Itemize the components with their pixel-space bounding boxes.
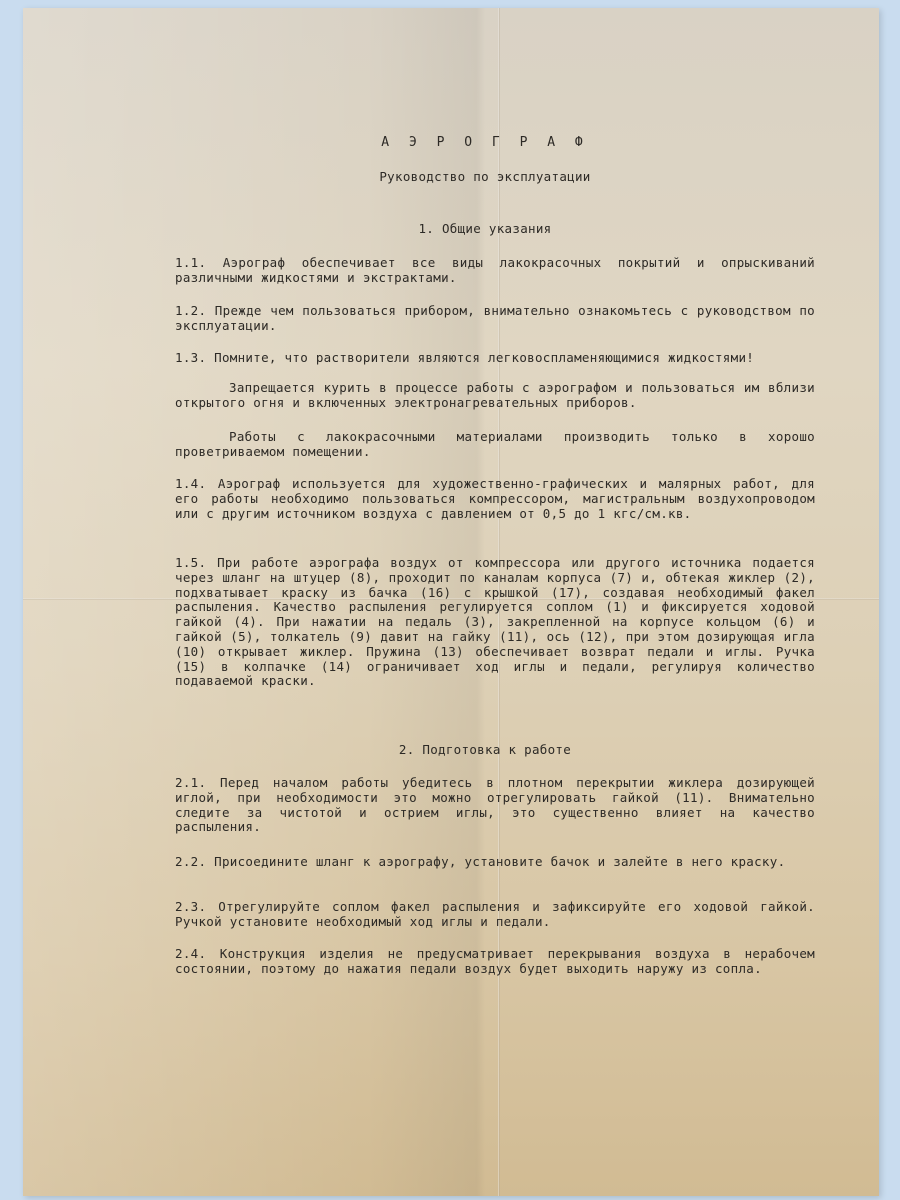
paragraph-1-3: 1.3. Помните, что растворители являются … (175, 351, 815, 366)
paragraph-2-3: 2.3. Отрегулируйте соплом факел распылен… (175, 900, 815, 930)
section-heading-preparation: 2. Подготовка к работе (150, 743, 820, 758)
paragraph-1-2: 1.2. Прежде чем пользоваться прибором, в… (175, 304, 815, 334)
section-heading-general: 1. Общие указания (150, 222, 820, 237)
paragraph-1-3-warning: Запрещается курить в процессе работы с а… (175, 381, 815, 411)
document-subtitle: Руководство по эксплуатации (150, 170, 820, 185)
paragraph-2-1: 2.1. Перед началом работы убедитесь в пл… (175, 776, 815, 835)
paragraph-1-5: 1.5. При работе аэрографа воздух от комп… (175, 556, 815, 689)
document-title: А Э Р О Г Р А Ф (150, 136, 820, 151)
paragraph-1-4: 1.4. Аэрограф используется для художеств… (175, 477, 815, 521)
paragraph-2-4: 2.4. Конструкция изделия не предусматрив… (175, 947, 815, 977)
paragraph-1-3-ventilation: Работы с лакокрасочными материалами прои… (175, 430, 815, 460)
paragraph-2-2: 2.2. Присоедините шланг к аэрографу, уст… (175, 855, 815, 870)
paragraph-1-1: 1.1. Аэрограф обеспечивает все виды лако… (175, 256, 815, 286)
